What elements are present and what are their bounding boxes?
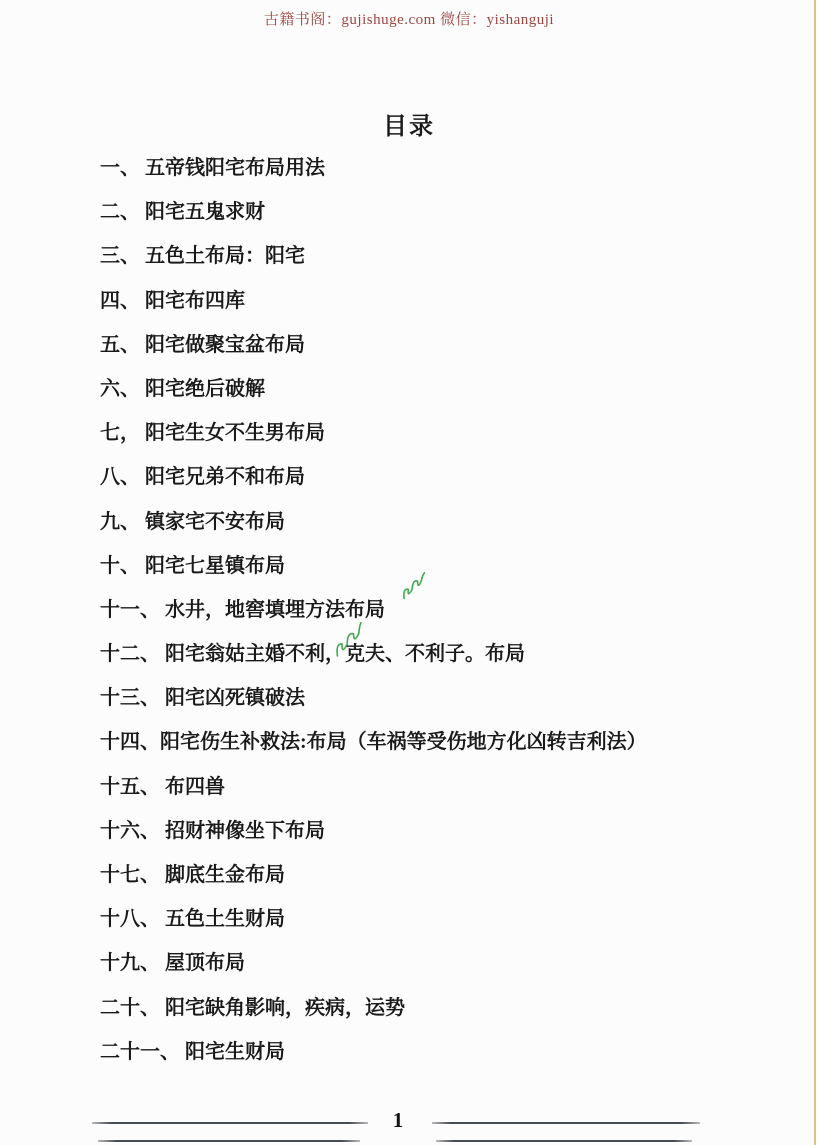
toc-item: 十五、 布四兽 [100, 765, 800, 809]
page-title: 目录 [0, 106, 818, 141]
toc-item: 十一、 水井，地窖填埋方法布局 [100, 588, 800, 632]
toc-item: 二十、 阳宅缺角影响，疾病，运势 [100, 986, 800, 1030]
toc-item: 十三、 阳宅凶死镇破法 [100, 676, 800, 720]
footer-rule-right-bottom [436, 1140, 692, 1142]
toc-item: 十、 阳宅七星镇布局 [100, 544, 800, 588]
site-watermark-header: 古籍书阁：gujishuge.com 微信：yishanguji [0, 8, 818, 29]
table-of-contents: 一、 五帝钱阳宅布局用法 二、 阳宅五鬼求财 三、 五色土布局：阳宅 四、 阳宅… [100, 146, 800, 1074]
footer-rule-left-bottom [98, 1140, 360, 1142]
toc-item: 十七、 脚底生金布局 [100, 853, 800, 897]
toc-item: 九、 镇家宅不安布局 [100, 500, 800, 544]
toc-item: 十二、 阳宅翁姑主婚不利，克夫、不利子。布局 [100, 632, 800, 676]
toc-item: 十九、 屋顶布局 [100, 941, 800, 985]
page-number: 1 [368, 1108, 428, 1133]
toc-item: 二十一、 阳宅生财局 [100, 1030, 800, 1074]
toc-item: 七， 阳宅生女不生男布局 [100, 411, 800, 455]
footer-rule-right-top [432, 1122, 700, 1124]
scanned-document-page: 古籍书阁：gujishuge.com 微信：yishanguji 目录 一、 五… [0, 0, 818, 1145]
toc-item: 十八、 五色土生财局 [100, 897, 800, 941]
toc-item: 四、 阳宅布四库 [100, 279, 800, 323]
toc-item: 二、 阳宅五鬼求财 [100, 190, 800, 234]
toc-item: 八、 阳宅兄弟不和布局 [100, 455, 800, 499]
footer-rule-left-top [92, 1122, 368, 1124]
toc-item: 三、 五色土布局：阳宅 [100, 234, 800, 278]
scan-right-edge-line [814, 0, 816, 1145]
toc-item: 五、 阳宅做聚宝盆布局 [100, 323, 800, 367]
toc-item: 六、 阳宅绝后破解 [100, 367, 800, 411]
toc-item: 十四、阳宅伤生补救法:布局（车祸等受伤地方化凶转吉利法） [100, 720, 800, 764]
toc-item: 一、 五帝钱阳宅布局用法 [100, 146, 800, 190]
toc-item: 十六、 招财神像坐下布局 [100, 809, 800, 853]
